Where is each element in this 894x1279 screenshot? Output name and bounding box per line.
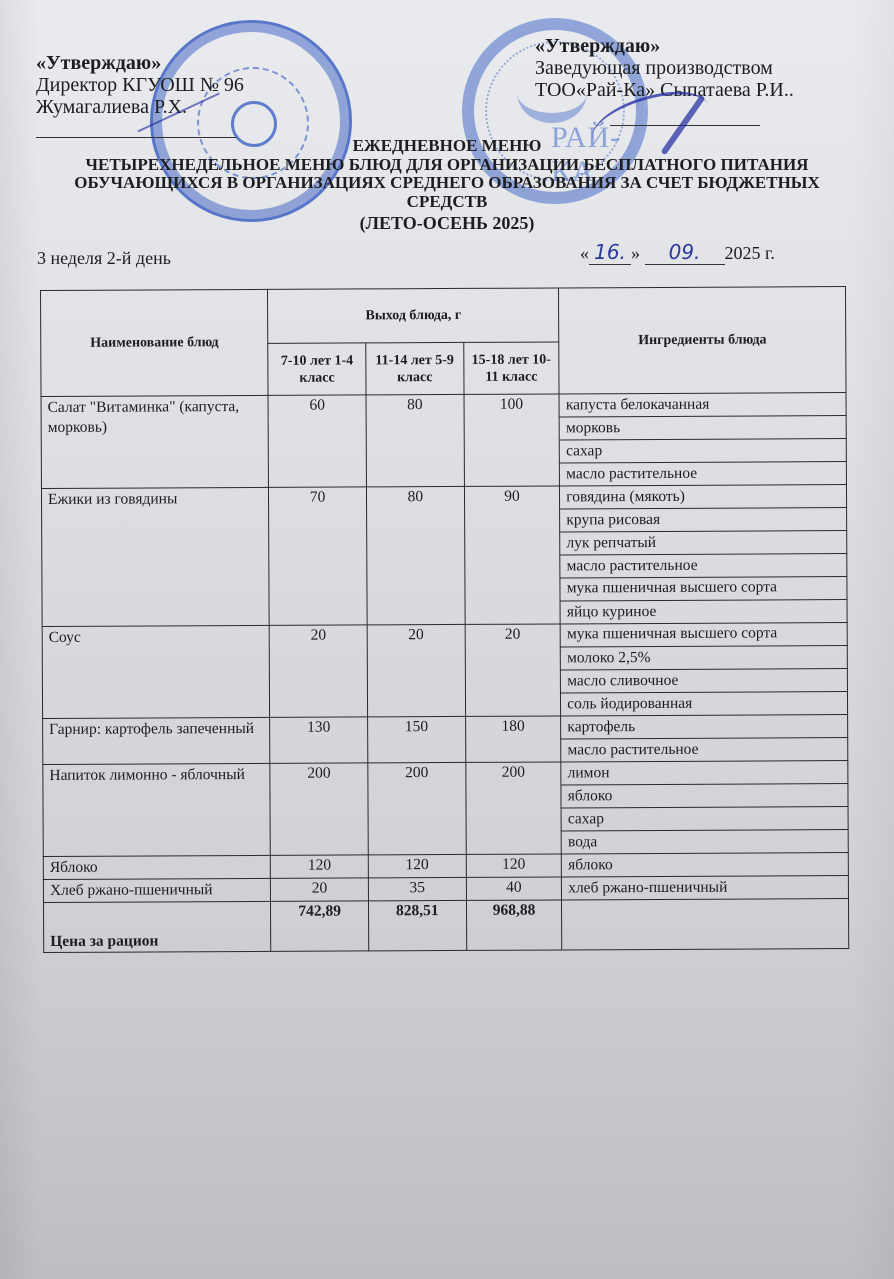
yield-11-14: 35	[368, 877, 466, 900]
price-empty-cell	[562, 899, 849, 950]
yield-11-14: 80	[366, 486, 464, 624]
menu-table-body: Салат "Витаминка" (капуста, морковь)6080…	[41, 393, 849, 953]
price-15-18: 968,88	[466, 900, 562, 950]
yield-15-18: 120	[466, 854, 562, 877]
dish-name: Яблоко	[43, 855, 270, 879]
yield-7-10: 60	[268, 395, 366, 487]
date-day-handwritten: 16.	[589, 240, 631, 265]
date-month-handwritten: 09.	[645, 240, 725, 265]
dish-name: Соус	[42, 625, 270, 718]
dish-name: Ежики из говядины	[41, 487, 269, 626]
yield-7-10: 120	[271, 855, 369, 878]
approval-heading: «Утверждаю»	[36, 52, 244, 74]
yield-15-18: 40	[466, 877, 562, 900]
ingredient: лук репчатый	[560, 531, 847, 555]
menu-date: «16.» 09.2025 г.	[580, 240, 775, 265]
approval-heading: «Утверждаю»	[535, 35, 794, 57]
yield-15-18: 90	[464, 486, 560, 624]
ingredient: мука пшеничная высшего сорта	[560, 577, 847, 601]
yield-11-14: 80	[366, 394, 464, 486]
yield-7-10: 20	[271, 878, 369, 901]
ingredient: мука пшеничная высшего сорта	[560, 623, 847, 647]
title-line-2: ЧЕТЫРЕХНЕДЕЛЬНОЕ МЕНЮ БЛЮД ДЛЯ ОРГАНИЗАЦ…	[30, 156, 864, 175]
yield-11-14: 20	[367, 624, 465, 716]
ingredient: говядина (мякоть)	[560, 485, 847, 509]
ingredient: лимон	[561, 761, 848, 785]
yield-7-10: 20	[269, 625, 367, 717]
yield-15-18: 180	[465, 716, 561, 762]
yield-15-18: 100	[464, 394, 560, 486]
season-label: (ЛЕТО-ОСЕНЬ 2025)	[30, 213, 864, 233]
dish-name: Салат "Витаминка" (капуста, морковь)	[41, 395, 269, 488]
date-open-quote: «	[580, 243, 589, 263]
header-age-7-10: 7-10 лет 1-4 класс	[268, 343, 366, 395]
date-close-quote: »	[631, 243, 640, 263]
ingredient: хлеб ржано-пшеничный	[562, 876, 849, 900]
price-label: Цена за рацион	[43, 901, 271, 952]
document-title: ЕЖЕДНЕВНОЕ МЕНЮ ЧЕТЫРЕХНЕДЕЛЬНОЕ МЕНЮ БЛ…	[30, 137, 864, 233]
header-age-15-18: 15-18 лет 10-11 класс	[463, 342, 559, 394]
header-age-11-14: 11-14 лет 5-9 класс	[366, 342, 464, 394]
menu-table: Наименование блюд Выход блюда, г Ингреди…	[40, 286, 849, 953]
ingredient: масло растительное	[560, 554, 847, 578]
ingredient: яйцо куриное	[560, 600, 847, 624]
approver-position: Директор КГУОШ № 96	[36, 74, 244, 96]
ingredient: масло растительное	[560, 462, 847, 486]
ingredient: яблоко	[561, 784, 848, 808]
header-yield: Выход блюда, г	[268, 288, 559, 343]
yield-7-10: 130	[270, 717, 368, 763]
week-day-label: 3 неделя 2-й день	[37, 248, 171, 269]
price-11-14: 828,51	[368, 900, 466, 950]
yield-15-18: 20	[465, 624, 561, 716]
dish-name: Гарнир: картофель запеченный	[43, 717, 270, 764]
ingredient: яблоко	[562, 853, 849, 877]
dish-name: Напиток лимонно - яблочный	[43, 763, 271, 856]
ingredient: молоко 2,5%	[561, 646, 848, 670]
dish-name: Хлеб ржано-пшеничный	[43, 878, 270, 902]
header-ingredients: Ингредиенты блюда	[559, 287, 846, 394]
price-7-10: 742,89	[271, 901, 369, 951]
approval-block-production: «Утверждаю» Заведующая производством ТОО…	[535, 35, 794, 101]
ingredient: вода	[561, 830, 848, 854]
yield-15-18: 200	[465, 762, 561, 854]
ingredient: масло сливочное	[561, 669, 848, 693]
yield-7-10: 200	[270, 763, 368, 855]
price-row: Цена за рацион742,89828,51968,88	[43, 899, 848, 953]
yield-11-14: 200	[368, 762, 466, 854]
date-year: 2025 г.	[725, 243, 775, 263]
ingredient: морковь	[559, 416, 846, 440]
approver-position: Заведующая производством	[535, 57, 794, 79]
ingredient: сахар	[559, 439, 846, 463]
ingredient: соль йодированная	[561, 692, 848, 716]
yield-7-10: 70	[269, 487, 367, 625]
title-line-3: ОБУЧАЮЩИХСЯ В ОРГАНИЗАЦИЯХ СРЕДНЕГО ОБРА…	[30, 174, 864, 193]
ingredient: масло растительное	[561, 738, 848, 762]
ingredient: картофель	[561, 715, 848, 739]
title-line-4: СРЕДСТВ	[30, 193, 864, 212]
ingredient: капуста белокачанная	[559, 393, 846, 417]
yield-11-14: 120	[368, 854, 466, 877]
yield-11-14: 150	[368, 716, 466, 762]
ingredient: сахар	[561, 807, 848, 831]
ingredient: крупа рисовая	[560, 508, 847, 532]
header-dish-name: Наименование блюд	[41, 289, 269, 396]
title-line-1: ЕЖЕДНЕВНОЕ МЕНЮ	[30, 137, 864, 156]
